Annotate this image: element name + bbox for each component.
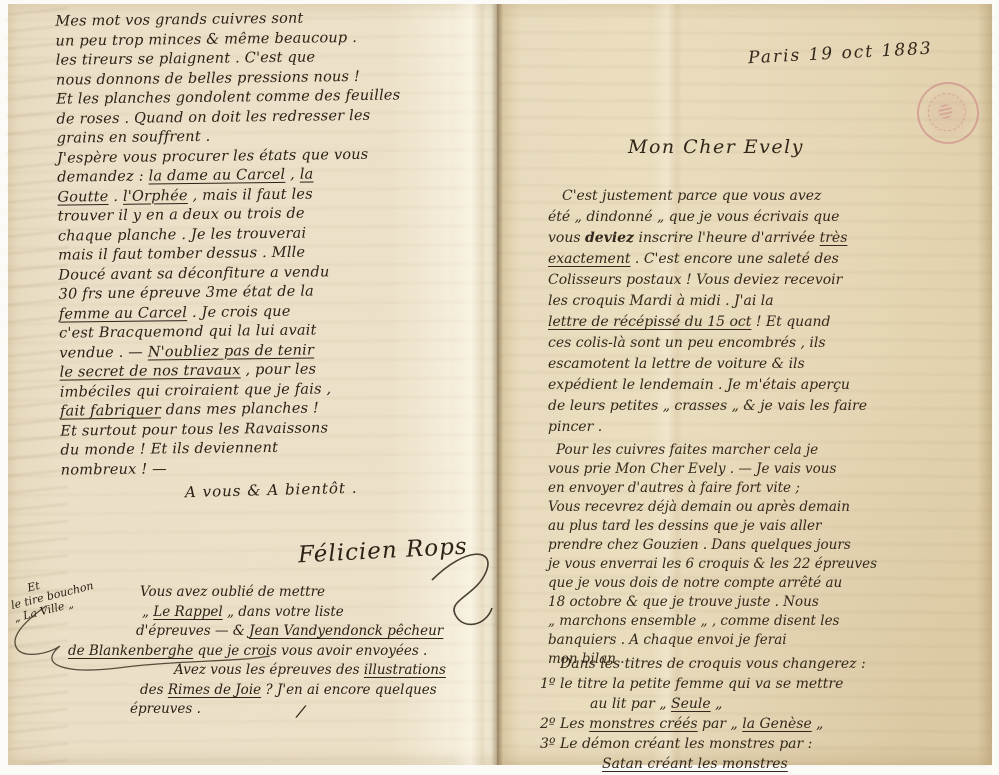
handwriting-line: ces colis-là sont un peu encombrés , ils [548,333,992,354]
handwriting-line: exactement . C'est encore une saleté des [548,249,992,270]
letter-scan: Mes mot vos grands cuivres sontun peu tr… [0,0,999,775]
handwriting-line: escamotent la lettre de voiture & ils [548,354,992,375]
right-page-paragraph-1: C'est justement parce que vous avezété „… [548,186,992,438]
handwriting-line: en envoyer d'autres à faire fort vite ; [548,479,992,498]
handwriting-line: vous deviez inscrire l'heure d'arrivée t… [548,228,992,249]
right-page-paragraph-2: Pour les cuivres faites marcher cela jev… [548,441,992,669]
handwriting-line: prendre chez Gouzien . Dans quelques jou… [548,536,992,555]
handwriting-line: 1º le titre la petite femme qui va se me… [540,674,992,694]
handwriting-line: épreuves . [130,700,500,720]
handwriting-line: Colisseurs postaux ! Vous deviez recevoi… [548,270,992,291]
handwriting-line: de leurs petites „ crasses „ & je vais l… [548,396,992,417]
margin-note-connector [6,600,276,686]
handwriting-line: Vous recevrez déjà demain ou après demai… [548,498,992,517]
handwriting-line: „ marchons ensemble „ , comme disent les [548,612,992,631]
handwriting-line: Satan créant les monstres [602,754,992,774]
salutation: Mon Cher Evely [628,136,804,158]
handwriting-line: pincer . [548,417,992,438]
handwriting-line: expédient le lendemain . Je m'étais aper… [548,375,992,396]
handwriting-line: 2º Les monstres créés par „ la Genèse „ [540,714,992,734]
left-page-body-text: Mes mot vos grands cuivres sontun peu tr… [55,7,493,480]
handwriting-line: 18 octobre & que je trouve juste . Nous [548,593,992,612]
handwriting-line: Pour les cuivres faites marcher cela je [556,441,992,460]
handwriting-line: banquiers . A chaque envoi je ferai [548,631,992,650]
handwriting-line: 3º Le démon créant les monstres par : [540,734,992,754]
handwriting-line: au lit par „ Seule „ [590,694,992,714]
handwriting-line: au plus tard les dessins que je vais all… [548,517,992,536]
handwriting-line: été „ dindonné „ que je vous écrivais qu… [548,207,992,228]
handwriting-line: vous prie Mon Cher Evely . — Je vais vou… [548,460,992,479]
handwriting-line: lettre de récépissé du 15 oct ! Et quand [548,312,992,333]
handwriting-line: C'est justement parce que vous avez [562,186,992,207]
handwriting-line: que je vous dois de notre compte arrêté … [548,574,992,593]
right-page-title-list: Dans les titres de croquis vous changere… [540,654,992,774]
handwriting-line: les croquis Mardi à midi . J'ai la [548,291,992,312]
handwriting-line: Dans les titres de croquis vous changere… [560,654,992,674]
handwriting-line: je vous enverrai les 6 croquis & les 22 … [548,555,992,574]
